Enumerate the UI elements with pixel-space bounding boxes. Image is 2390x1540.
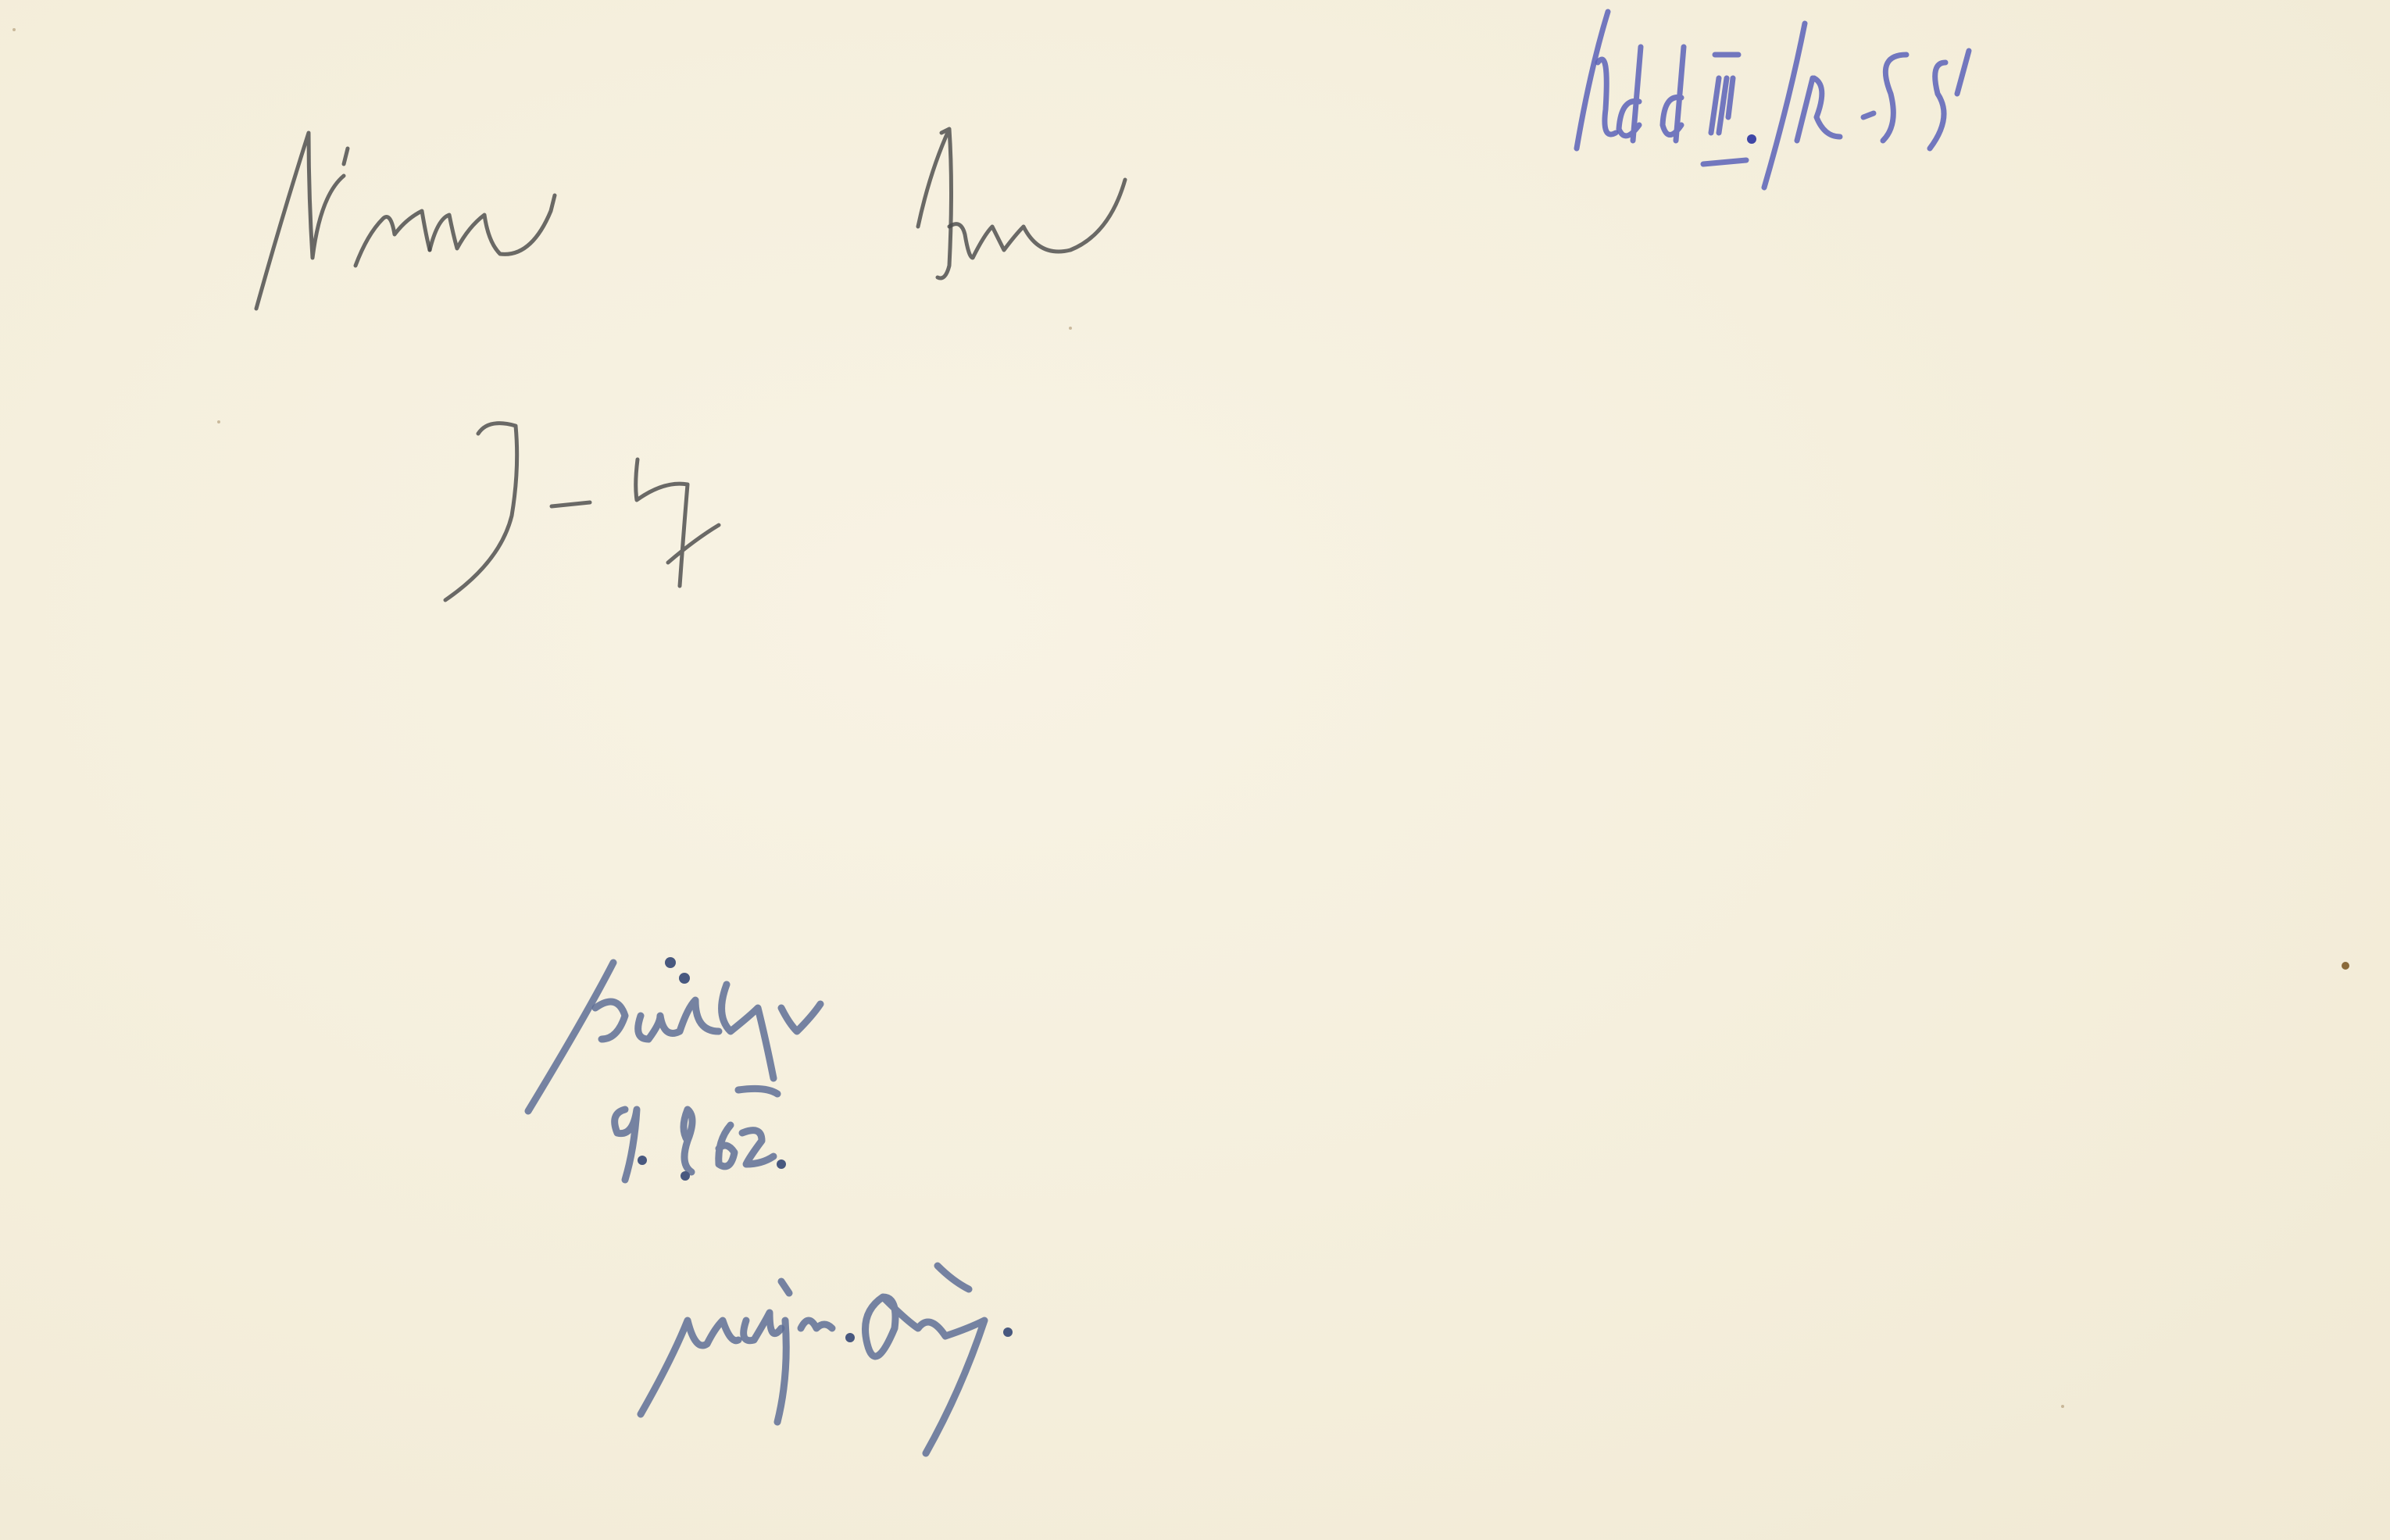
date-text: 9. 8. 62.	[609, 1094, 997, 1202]
place-text: Pavlovice	[528, 969, 1010, 1088]
signature-text: nedaleko. Brny.	[641, 1281, 1374, 1390]
name-text: Vrána Ivan	[258, 133, 909, 269]
index-card: odd III. / 12-55 Vrána Ivan J-7 Pavlovic…	[0, 0, 2390, 1540]
reference-text: odd III. / 12-55	[1577, 31, 2226, 131]
code-text: J-7	[445, 438, 617, 584]
